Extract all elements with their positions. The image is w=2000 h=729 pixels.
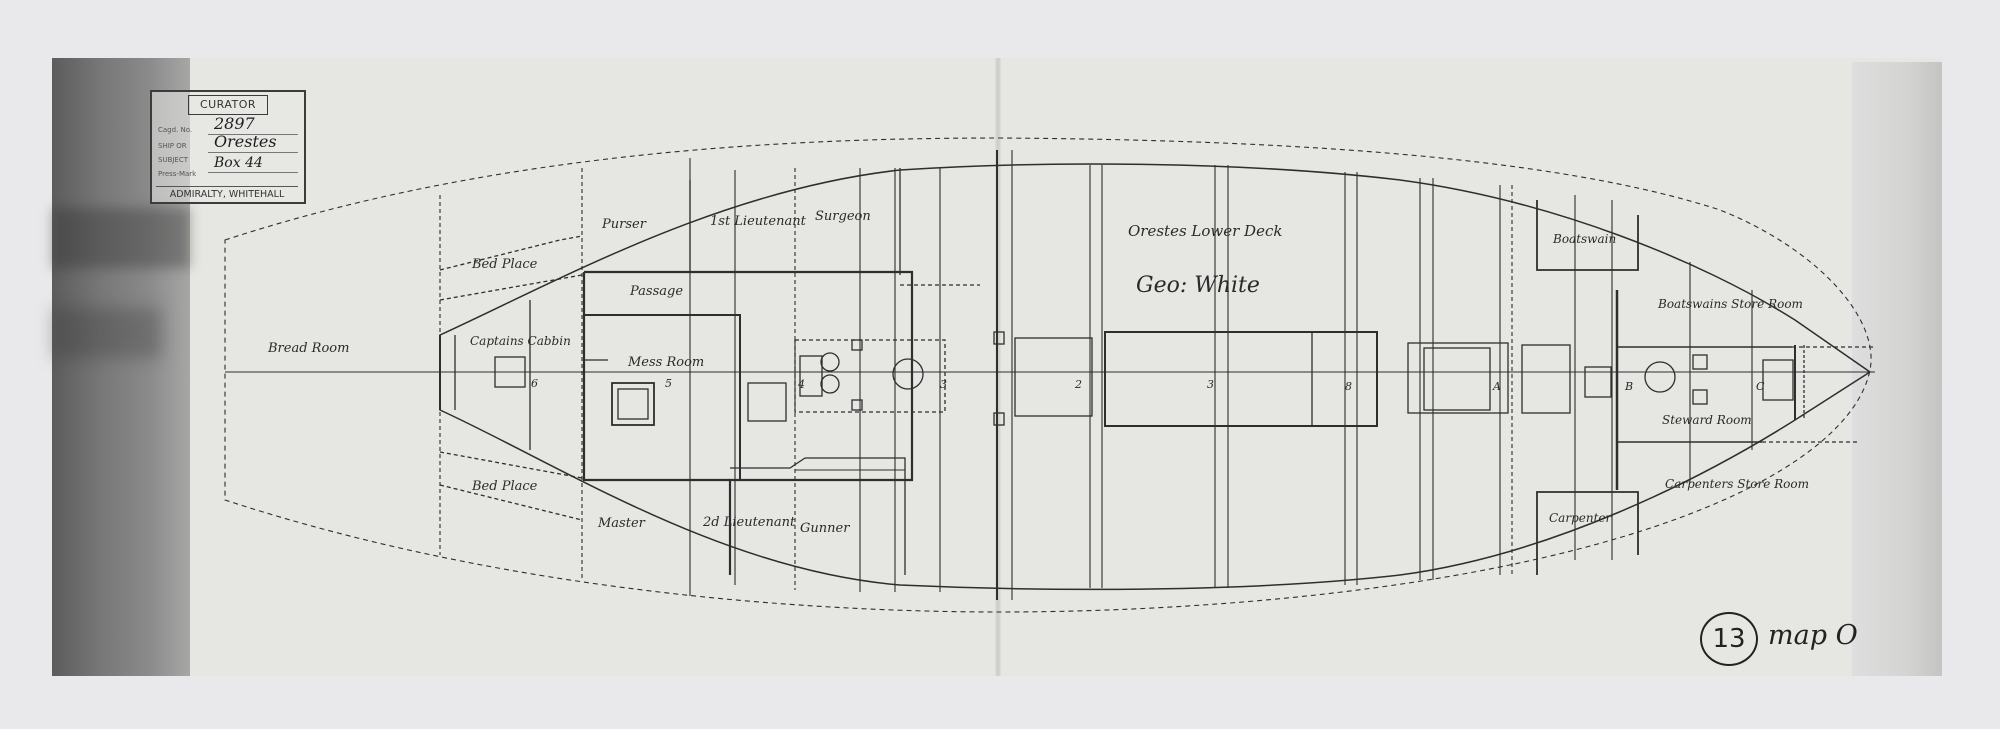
- room-master: Master: [597, 516, 646, 531]
- signature: Geo: White: [1136, 273, 1260, 298]
- stamp-value-catalogue: 2897: [214, 114, 255, 133]
- room-captains-cabbin: Captains Cabbin: [470, 334, 571, 348]
- room-carpenters-store-room: Carpenters Store Room: [1665, 477, 1809, 491]
- room-bread-room: Bread Room: [267, 341, 349, 356]
- room-bed-place-upper: Bed Place: [471, 257, 538, 272]
- curator-stamp: CURATOR Cagd. No. 2897 SHIP OR Orestes S…: [150, 90, 306, 204]
- room-steward-room: Steward Room: [1662, 413, 1752, 427]
- stamp-label-ship: SHIP OR: [158, 142, 187, 150]
- room-gunner: Gunner: [800, 521, 850, 536]
- room-carpenter: Carpenter: [1549, 511, 1613, 525]
- stamp-header: CURATOR: [188, 95, 268, 115]
- stamp-label-pressmark: Press-Mark: [158, 170, 196, 178]
- room-boatswains-store-room: Boatswains Store Room: [1657, 297, 1803, 311]
- room-passage: Passage: [629, 284, 683, 299]
- svg-text:5: 5: [665, 377, 672, 390]
- svg-text:A: A: [1492, 380, 1501, 393]
- station-marks: 6 5 4 3 2 3 8 A B C: [531, 377, 1765, 393]
- room-boatswain: Boatswain: [1552, 232, 1616, 246]
- stamp-label-catalogue: Cagd. No.: [158, 126, 192, 134]
- svg-text:B: B: [1624, 380, 1633, 393]
- svg-text:3: 3: [940, 378, 947, 391]
- sheet-number: 13: [1700, 612, 1758, 666]
- stamp-value-pressmark: Box 44: [214, 155, 263, 171]
- room-mess-room: Mess Room: [627, 355, 704, 370]
- room-bed-place-lower: Bed Place: [471, 479, 538, 494]
- room-purser: Purser: [601, 217, 647, 232]
- stamp-label-subject: SUBJECT: [158, 156, 188, 164]
- stamp-value-ship: Orestes: [214, 132, 277, 151]
- room-first-lieutenant: 1st Lieutenant: [710, 214, 807, 229]
- room-surgeon: Surgeon: [815, 209, 871, 224]
- stamp-footer: ADMIRALTY, WHITEHALL: [156, 186, 298, 200]
- svg-text:2: 2: [1074, 378, 1082, 391]
- svg-text:6: 6: [531, 377, 538, 390]
- outer-dashed-outline: [225, 138, 1871, 612]
- svg-text:3: 3: [1207, 378, 1214, 391]
- svg-text:C: C: [1756, 380, 1765, 393]
- map-ref-label: map O: [1768, 620, 1858, 651]
- svg-text:4: 4: [797, 378, 805, 391]
- room-second-lieutenant: 2d Lieutenant: [702, 515, 796, 530]
- svg-text:8: 8: [1345, 380, 1352, 393]
- document-title: Orestes Lower Deck: [1128, 222, 1282, 240]
